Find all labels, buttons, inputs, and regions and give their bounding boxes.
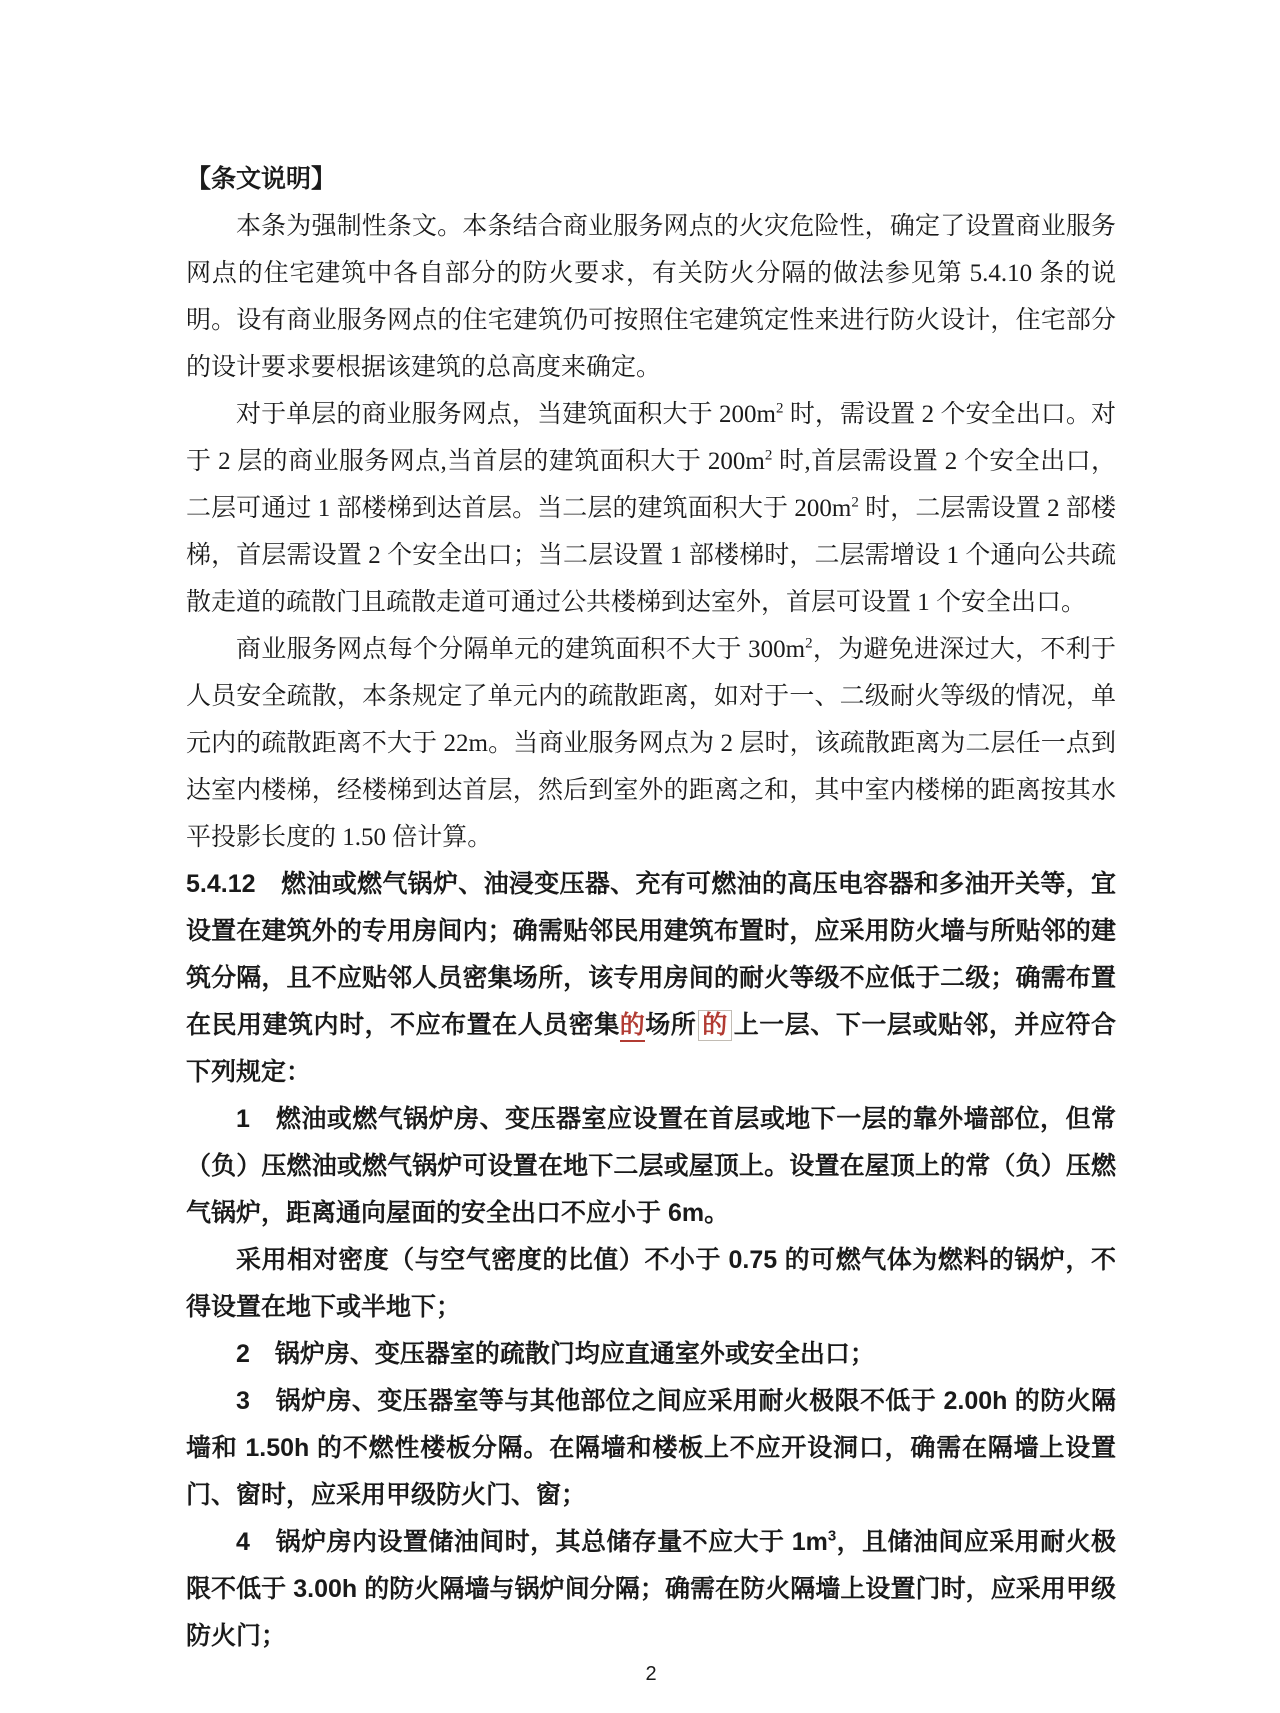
section-heading: 【条文说明】 <box>186 156 1116 203</box>
body-paragraphs: 本条为强制性条文。本条结合商业服务网点的火灾危险性，确定了设置商业服务网点的住宅… <box>186 203 1116 1660</box>
superscript: 3 <box>828 1528 836 1545</box>
clause-item-1-note: 采用相对密度（与空气密度的比值）不小于 0.75 的可燃气体为燃料的锅炉，不得设… <box>186 1237 1116 1331</box>
text-run: 采用相对密度（与空气密度的比值）不小于 0.75 的可燃气体为燃料的锅炉，不得设… <box>186 1246 1116 1321</box>
text-run: 对于单层的商业服务网点，当建筑面积大于 200m <box>236 401 776 428</box>
revision-boxed-text: 的 <box>698 1010 732 1041</box>
clause-item-1: 1 燃油或燃气锅炉房、变压器室应设置在首层或地下一层的靠外墙部位，但常（负）压燃… <box>186 1096 1116 1237</box>
text-run: 商业服务网点每个分隔单元的建筑面积不大于 300m <box>236 636 805 663</box>
explain-para-3: 商业服务网点每个分隔单元的建筑面积不大于 300m2，为避免进深过大，不利于人员… <box>186 626 1116 861</box>
text-run: 本条为强制性条文。本条结合商业服务网点的火灾危险性，确定了设置商业服务网点的住宅… <box>186 213 1116 381</box>
text-run: 4 锅炉房内设置储油间时，其总储存量不应大于 1m <box>236 1528 828 1556</box>
clause-item-4: 4 锅炉房内设置储油间时，其总储存量不应大于 1m3，且储油间应采用耐火极限不低… <box>186 1519 1116 1660</box>
revision-inserted-text: 的 <box>620 1011 646 1042</box>
text-run: 1 燃油或燃气锅炉房、变压器室应设置在首层或地下一层的靠外墙部位，但常（负）压燃… <box>186 1105 1116 1227</box>
text-run: ，为避免进深过大，不利于人员安全疏散，本条规定了单元内的疏散距离，如对于一、二级… <box>186 636 1116 851</box>
explain-para-2: 对于单层的商业服务网点，当建筑面积大于 200m2 时，需设置 2 个安全出口。… <box>186 391 1116 626</box>
content-column: 【条文说明】 本条为强制性条文。本条结合商业服务网点的火灾危险性，确定了设置商业… <box>186 156 1116 1660</box>
text-run: 3 锅炉房、变压器室等与其他部位之间应采用耐火极限不低于 2.00h 的防火隔墙… <box>186 1387 1116 1509</box>
superscript: 2 <box>851 495 859 511</box>
clause-item-3: 3 锅炉房、变压器室等与其他部位之间应采用耐火极限不低于 2.00h 的防火隔墙… <box>186 1378 1116 1519</box>
explain-para-1: 本条为强制性条文。本条结合商业服务网点的火灾危险性，确定了设置商业服务网点的住宅… <box>186 203 1116 391</box>
clause-5-4-12: 5.4.12 燃油或燃气锅炉、油浸变压器、充有可燃油的高压电容器和多油开关等，宜… <box>186 861 1116 1096</box>
superscript: 2 <box>805 636 813 652</box>
page-number: 2 <box>186 1662 1116 1686</box>
text-run: 2 锅炉房、变压器室的疏散门均应直通室外或安全出口； <box>236 1340 875 1368</box>
clause-item-2: 2 锅炉房、变压器室的疏散门均应直通室外或安全出口； <box>186 1331 1116 1378</box>
text-run: 场所 <box>645 1011 696 1039</box>
document-page: 【条文说明】 本条为强制性条文。本条结合商业服务网点的火灾危险性，确定了设置商业… <box>0 0 1280 1713</box>
